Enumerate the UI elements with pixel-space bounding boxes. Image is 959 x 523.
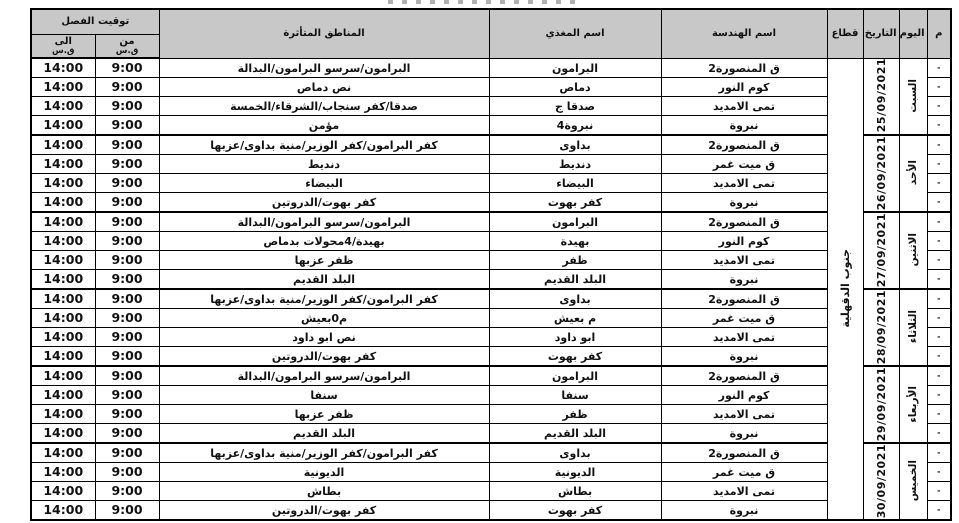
time-to-cell-text: 14:00 [43, 98, 83, 113]
areas-cell-text: نص ابو داود [292, 331, 356, 344]
date-cell: 28/09/2021 [863, 289, 899, 366]
time-from-cell: 9:00 [95, 386, 159, 405]
engineering-cell-text: ق المنصورة2 [708, 447, 780, 460]
engineering-cell: ق المنصورة2 [661, 58, 827, 78]
time-to-cell: 14:00 [31, 405, 95, 424]
time-from-cell-text: 9:00 [111, 252, 142, 267]
engineering-cell: ق المنصورة2 [661, 135, 827, 155]
time-from-cell-text: 9:00 [111, 329, 142, 344]
time-from-cell-text: 9:00 [111, 348, 142, 363]
header-date-label: التاريخ [865, 28, 897, 39]
date-cell: 26/09/2021 [863, 135, 899, 212]
table-row: -الثلاثاء28/09/2021ق المنصورة2بداوىكفر ا… [31, 289, 951, 309]
time-to-cell-text: 14:00 [43, 194, 83, 209]
areas-cell-text: مؤمن [309, 119, 339, 132]
areas-cell-text: كفر البرامون/كفر الوزير/منية بداوى/عزبها [210, 139, 438, 152]
time-to-cell: 14:00 [31, 501, 95, 521]
header-serial-label: م [935, 28, 942, 39]
serial-cell: - [927, 501, 951, 521]
serial-cell-text: - [937, 448, 940, 457]
table-row: -نبروةالبلد القديمالبلد القديم9:0014:00 [31, 270, 951, 290]
areas-cell-text: نص دماص [297, 81, 351, 94]
serial-cell-text: - [937, 313, 940, 322]
areas-cell: مؤمن [159, 116, 489, 136]
feeder-cell: م بعيش [489, 309, 661, 328]
time-to-cell-text: 14:00 [43, 310, 83, 325]
areas-cell: بطاش [159, 482, 489, 501]
engineering-cell-text: تمى الامديد [713, 485, 775, 498]
time-from-cell-text: 9:00 [111, 387, 142, 402]
time-to-cell: 14:00 [31, 463, 95, 482]
time-from-cell-text: 9:00 [111, 310, 142, 325]
time-to-cell-text: 14:00 [43, 79, 83, 94]
feeder-cell: نبروة4 [489, 116, 661, 136]
table-row: -نبروةكفر بهوتكفر بهوت/الدروتين9:0014:00 [31, 501, 951, 521]
areas-cell-text: كفر البرامون/كفر الوزير/منية بداوى/عزبها [210, 293, 438, 306]
feeder-cell: البلد القديم [489, 270, 661, 290]
areas-cell-text: بهيدة/4محولات بدماص [263, 235, 384, 248]
time-to-cell: 14:00 [31, 424, 95, 444]
time-from-cell: 9:00 [95, 482, 159, 501]
table-row: -ق ميت غمرالديونيةالديونية9:0014:00 [31, 463, 951, 482]
time-from-cell-text: 9:00 [111, 194, 142, 209]
day-cell-text: الأربعاء [908, 386, 919, 423]
areas-cell: ظفر عزبها [159, 405, 489, 424]
engineering-cell: نبروة [661, 424, 827, 444]
engineering-cell: ق ميت غمر [661, 309, 827, 328]
feeder-cell: سنفا [489, 386, 661, 405]
serial-cell: - [927, 482, 951, 501]
header-from-unit: ق.س [98, 47, 157, 56]
time-to-cell: 14:00 [31, 78, 95, 97]
date-cell-text: 25/09/2021 [876, 58, 887, 132]
table-row: -تمى الامديدصدقا جصدقا/كفر سنجاب/الشرقاء… [31, 97, 951, 116]
time-from-cell-text: 9:00 [111, 79, 142, 94]
day-cell-text: الأحد [908, 160, 919, 185]
feeder-cell: البلد القديم [489, 424, 661, 444]
engineering-cell-text: نبروة [730, 273, 759, 286]
engineering-cell: تمى الامديد [661, 251, 827, 270]
table-row: -تمى الامديدظفرظفر عزبها9:0014:00 [31, 251, 951, 270]
feeder-cell: بطاش [489, 482, 661, 501]
serial-cell: - [927, 443, 951, 463]
feeder-cell-text: كفر بهوت [548, 196, 602, 209]
areas-cell-text: ظفر عزبها [295, 254, 354, 267]
time-to-cell: 14:00 [31, 193, 95, 213]
time-to-cell: 14:00 [31, 97, 95, 116]
engineering-cell-text: نبروة [730, 119, 759, 132]
feeder-cell-text: نبروة4 [557, 119, 593, 132]
header-areas: المناطق المتأثرة [159, 9, 489, 58]
date-cell-text: 30/09/2021 [876, 444, 887, 518]
time-to-cell-text: 14:00 [43, 252, 83, 267]
date-cell: 29/09/2021 [863, 366, 899, 443]
engineering-cell: نبروة [661, 347, 827, 367]
areas-cell: دنديط [159, 155, 489, 174]
time-from-cell: 9:00 [95, 78, 159, 97]
time-from-cell-text: 9:00 [111, 483, 142, 498]
header-day: اليوم [899, 9, 927, 58]
engineering-cell: ق المنصورة2 [661, 443, 827, 463]
header-to: الى ق.س [31, 35, 95, 59]
serial-cell-text: - [937, 120, 940, 129]
table-row: -تمى الامديدابو داودنص ابو داود9:0014:00 [31, 328, 951, 347]
serial-cell-text: - [937, 63, 940, 72]
engineering-cell: ق المنصورة2 [661, 289, 827, 309]
engineering-cell-text: كوم النور [719, 389, 770, 402]
time-from-cell: 9:00 [95, 289, 159, 309]
time-from-cell: 9:00 [95, 501, 159, 521]
time-to-cell-text: 14:00 [43, 425, 83, 440]
time-to-cell-text: 14:00 [43, 329, 83, 344]
table-row: -السبت25/09/2021جنوب الدقهليةق المنصورة2… [31, 58, 951, 78]
areas-cell: صدقا/كفر سنجاب/الشرقاء/الخمسة [159, 97, 489, 116]
serial-cell-text: - [937, 140, 940, 149]
day-cell-text: الخميس [908, 460, 919, 501]
feeder-cell-text: ظفر [562, 408, 587, 421]
feeder-cell-text: بداوى [559, 447, 590, 460]
time-from-cell-text: 9:00 [111, 406, 142, 421]
day-cell: الخميس [899, 443, 927, 520]
serial-cell: - [927, 97, 951, 116]
feeder-cell: البرامون [489, 366, 661, 386]
feeder-cell-text: بطاش [558, 485, 592, 498]
feeder-cell: صدقا ج [489, 97, 661, 116]
areas-cell-text: كفر بهوت/الدروتين [272, 504, 376, 517]
time-from-cell: 9:00 [95, 405, 159, 424]
areas-cell-text: البرامون/سرسو البرامون/البدالة [238, 62, 411, 75]
time-from-cell: 9:00 [95, 193, 159, 213]
serial-cell: - [927, 174, 951, 193]
areas-cell: كفر بهوت/الدروتين [159, 347, 489, 367]
header-sector-label: قطاع [832, 28, 859, 39]
areas-cell-text: دنديط [308, 158, 340, 171]
feeder-cell-text: سنفا [561, 389, 588, 402]
day-cell: الثلاثاء [899, 289, 927, 366]
engineering-cell-text: ق المنصورة2 [708, 139, 780, 152]
time-from-cell: 9:00 [95, 443, 159, 463]
table-row: -ق ميت غمردنديطدنديط9:0014:00 [31, 155, 951, 174]
day-cell: الأحد [899, 135, 927, 212]
clipped-title-remnant [388, 0, 583, 4]
areas-cell-text: كفر بهوت/الدروتين [272, 350, 376, 363]
serial-cell-text: - [937, 101, 940, 110]
time-to-cell-text: 14:00 [43, 271, 83, 286]
engineering-cell-text: ق المنصورة2 [708, 370, 780, 383]
time-to-cell-text: 14:00 [43, 175, 83, 190]
time-to-cell-text: 14:00 [43, 483, 83, 498]
time-to-cell-text: 14:00 [43, 387, 83, 402]
engineering-cell: ق ميت غمر [661, 463, 827, 482]
table-row: -تمى الامديدالبيضاءالبيضاء9:0014:00 [31, 174, 951, 193]
serial-cell-text: - [937, 351, 940, 360]
serial-cell: - [927, 135, 951, 155]
time-from-cell: 9:00 [95, 232, 159, 251]
time-from-cell-text: 9:00 [111, 271, 142, 286]
sector-cell: جنوب الدقهلية [827, 58, 863, 520]
time-from-cell: 9:00 [95, 97, 159, 116]
engineering-cell: نبروة [661, 116, 827, 136]
areas-cell: ظفر عزبها [159, 251, 489, 270]
date-cell-text: 28/09/2021 [876, 290, 887, 364]
date-cell-text: 29/09/2021 [876, 367, 887, 441]
table-row: -الاثنين27/09/2021ق المنصورة2البرامونالب… [31, 212, 951, 232]
time-from-cell: 9:00 [95, 116, 159, 136]
feeder-cell: ابو داود [489, 328, 661, 347]
areas-cell-text: البيضاء [305, 177, 342, 190]
time-from-cell: 9:00 [95, 366, 159, 386]
table-row: -الأحد26/09/2021ق المنصورة2بداوىكفر البر… [31, 135, 951, 155]
serial-cell-text: - [937, 486, 940, 495]
header-areas-label: المناطق المتأثرة [283, 28, 364, 39]
feeder-cell-text: بهيدة [561, 235, 590, 248]
header-from: من ق.س [95, 35, 159, 59]
serial-cell-text: - [937, 255, 940, 264]
areas-cell: البرامون/سرسو البرامون/البدالة [159, 366, 489, 386]
feeder-cell-text: البرامون [552, 62, 598, 75]
time-to-cell: 14:00 [31, 251, 95, 270]
feeder-cell-text: البيضاء [556, 177, 593, 190]
areas-cell: م0بعيش [159, 309, 489, 328]
engineering-cell-text: تمى الامديد [713, 331, 775, 344]
engineering-cell: تمى الامديد [661, 482, 827, 501]
serial-cell: - [927, 328, 951, 347]
feeder-cell-text: البرامون [552, 216, 598, 229]
time-to-cell-text: 14:00 [43, 137, 83, 152]
time-to-cell: 14:00 [31, 309, 95, 328]
areas-cell: البرامون/سرسو البرامون/البدالة [159, 58, 489, 78]
areas-cell-text: كفر بهوت/الدروتين [272, 196, 376, 209]
engineering-cell-text: تمى الامديد [713, 408, 775, 421]
time-from-cell-text: 9:00 [111, 60, 142, 75]
areas-cell-text: كفر البرامون/كفر الوزير/منية بداوى/عزبها [210, 447, 438, 460]
feeder-cell: الديونية [489, 463, 661, 482]
areas-cell-text: الديونية [304, 466, 345, 479]
time-from-cell-text: 9:00 [111, 368, 142, 383]
header-timing-label: توقيت الفصل [61, 16, 129, 27]
feeder-cell: بداوى [489, 443, 661, 463]
areas-cell: البلد القديم [159, 424, 489, 444]
schedule-body: -السبت25/09/2021جنوب الدقهليةق المنصورة2… [31, 58, 951, 520]
time-to-cell: 14:00 [31, 270, 95, 290]
time-to-cell: 14:00 [31, 328, 95, 347]
engineering-cell: نبروة [661, 270, 827, 290]
time-from-cell-text: 9:00 [111, 425, 142, 440]
time-to-cell: 14:00 [31, 232, 95, 251]
feeder-cell: ظفر [489, 251, 661, 270]
areas-cell: نص ابو داود [159, 328, 489, 347]
engineering-cell-text: تمى الامديد [713, 100, 775, 113]
areas-cell-text: البلد القديم [293, 427, 355, 440]
time-from-cell: 9:00 [95, 463, 159, 482]
header-feeder-label: اسم المغذي [545, 28, 604, 39]
time-from-cell: 9:00 [95, 347, 159, 367]
header-to-unit: ق.س [34, 47, 93, 56]
date-cell: 27/09/2021 [863, 212, 899, 289]
time-from-cell-text: 9:00 [111, 156, 142, 171]
time-to-cell: 14:00 [31, 347, 95, 367]
time-from-cell: 9:00 [95, 135, 159, 155]
feeder-cell: البيضاء [489, 174, 661, 193]
time-from-cell: 9:00 [95, 251, 159, 270]
serial-cell: - [927, 386, 951, 405]
engineering-cell-text: ق ميت غمر [713, 312, 775, 325]
date-cell-text: 26/09/2021 [876, 136, 887, 210]
serial-cell: - [927, 251, 951, 270]
engineering-cell: نبروة [661, 193, 827, 213]
time-to-cell-text: 14:00 [43, 233, 83, 248]
time-from-cell-text: 9:00 [111, 117, 142, 132]
time-from-cell-text: 9:00 [111, 233, 142, 248]
engineering-cell-text: تمى الامديد [713, 177, 775, 190]
time-to-cell-text: 14:00 [43, 502, 83, 517]
serial-cell-text: - [937, 82, 940, 91]
serial-cell: - [927, 78, 951, 97]
serial-cell: - [927, 405, 951, 424]
engineering-cell-text: كوم النور [719, 235, 770, 248]
areas-cell: البيضاء [159, 174, 489, 193]
engineering-cell-text: ق المنصورة2 [708, 216, 780, 229]
table-row: -تمى الامديدظفرظفر عزبها9:0014:00 [31, 405, 951, 424]
table-row: -كوم النوربهيدةبهيدة/4محولات بدماص9:0014… [31, 232, 951, 251]
time-from-cell-text: 9:00 [111, 175, 142, 190]
engineering-cell: تمى الامديد [661, 174, 827, 193]
areas-cell-text: البلد القديم [293, 273, 355, 286]
date-cell: 25/09/2021 [863, 58, 899, 135]
time-to-cell: 14:00 [31, 116, 95, 136]
feeder-cell-text: بداوى [559, 139, 590, 152]
areas-cell-text: بطاش [307, 485, 341, 498]
header-timing: توقيت الفصل [31, 9, 159, 35]
time-from-cell-text: 9:00 [111, 291, 142, 306]
serial-cell: - [927, 289, 951, 309]
table-row: -كوم النوردماصنص دماص9:0014:00 [31, 78, 951, 97]
serial-cell-text: - [937, 159, 940, 168]
areas-cell-text: البرامون/سرسو البرامون/البدالة [238, 370, 411, 383]
engineering-cell-text: نبروة [730, 350, 759, 363]
serial-cell-text: - [937, 294, 940, 303]
time-to-cell: 14:00 [31, 366, 95, 386]
areas-cell: كفر البرامون/كفر الوزير/منية بداوى/عزبها [159, 289, 489, 309]
header-engineering: اسم الهندسة [661, 9, 827, 58]
areas-cell-text: م0بعيش [301, 312, 347, 325]
time-from-cell-text: 9:00 [111, 137, 142, 152]
engineering-cell: ق المنصورة2 [661, 212, 827, 232]
time-to-cell: 14:00 [31, 443, 95, 463]
day-cell: الأربعاء [899, 366, 927, 443]
areas-cell: الديونية [159, 463, 489, 482]
time-to-cell: 14:00 [31, 174, 95, 193]
feeder-cell-text: كفر بهوت [548, 504, 602, 517]
table-row: -الخميس30/09/2021ق المنصورة2بداوىكفر الب… [31, 443, 951, 463]
time-from-cell: 9:00 [95, 328, 159, 347]
feeder-cell: كفر بهوت [489, 193, 661, 213]
table-row: -الأربعاء29/09/2021ق المنصورة2البرامونال… [31, 366, 951, 386]
serial-cell-text: - [937, 467, 940, 476]
time-to-cell-text: 14:00 [43, 291, 83, 306]
time-to-cell: 14:00 [31, 58, 95, 78]
time-from-cell: 9:00 [95, 270, 159, 290]
serial-cell-text: - [937, 428, 940, 437]
time-from-cell-text: 9:00 [111, 464, 142, 479]
serial-cell-text: - [937, 409, 940, 418]
header-day-label: اليوم [900, 28, 925, 39]
date-cell: 30/09/2021 [863, 443, 899, 520]
areas-cell: نص دماص [159, 78, 489, 97]
feeder-cell-text: البرامون [552, 370, 598, 383]
feeder-cell: بداوى [489, 289, 661, 309]
outage-schedule-table: م اليوم التاريخ قطاع اسم الهندسة اسم الم… [30, 8, 952, 521]
time-to-cell: 14:00 [31, 482, 95, 501]
feeder-cell-text: البلد القديم [544, 427, 606, 440]
serial-cell: - [927, 270, 951, 290]
areas-cell-text: صدقا/كفر سنجاب/الشرقاء/الخمسة [230, 100, 418, 113]
serial-cell: - [927, 155, 951, 174]
header-sector: قطاع [827, 9, 863, 58]
time-to-cell-text: 14:00 [43, 117, 83, 132]
time-from-cell: 9:00 [95, 58, 159, 78]
time-from-cell: 9:00 [95, 424, 159, 444]
feeder-cell: بداوى [489, 135, 661, 155]
serial-cell: - [927, 347, 951, 367]
time-to-cell-text: 14:00 [43, 406, 83, 421]
serial-cell: - [927, 212, 951, 232]
serial-cell-text: - [937, 390, 940, 399]
engineering-cell-text: تمى الامديد [713, 254, 775, 267]
engineering-cell-text: ق ميت غمر [713, 466, 775, 479]
time-from-cell-text: 9:00 [111, 445, 142, 460]
day-cell: السبت [899, 58, 927, 135]
feeder-cell-text: صدقا ج [555, 100, 595, 113]
table-row: -نبروةنبروة4مؤمن9:0014:00 [31, 116, 951, 136]
engineering-cell: تمى الامديد [661, 97, 827, 116]
feeder-cell: كفر بهوت [489, 501, 661, 521]
areas-cell-text: ظفر عزبها [295, 408, 354, 421]
feeder-cell-text: بداوى [559, 293, 590, 306]
time-to-cell-text: 14:00 [43, 464, 83, 479]
areas-cell: كفر بهوت/الدروتين [159, 193, 489, 213]
serial-cell-text: - [937, 274, 940, 283]
areas-cell: بهيدة/4محولات بدماص [159, 232, 489, 251]
areas-cell: البرامون/سرسو البرامون/البدالة [159, 212, 489, 232]
feeder-cell-text: الديونية [555, 466, 596, 479]
areas-cell: كفر البرامون/كفر الوزير/منية بداوى/عزبها [159, 443, 489, 463]
engineering-cell-text: ق ميت غمر [713, 158, 775, 171]
time-from-cell-text: 9:00 [111, 98, 142, 113]
time-to-cell-text: 14:00 [43, 445, 83, 460]
feeder-cell: دماص [489, 78, 661, 97]
serial-cell-text: - [937, 236, 940, 245]
time-from-cell: 9:00 [95, 212, 159, 232]
feeder-cell-text: ابو داود [555, 331, 596, 344]
engineering-cell-text: كوم النور [719, 81, 770, 94]
serial-cell: - [927, 193, 951, 213]
engineering-cell: ق المنصورة2 [661, 366, 827, 386]
feeder-cell: كفر بهوت [489, 347, 661, 367]
sector-cell-text: جنوب الدقهلية [840, 249, 851, 328]
areas-cell-text: البرامون/سرسو البرامون/البدالة [238, 216, 411, 229]
engineering-cell-text: نبروة [730, 504, 759, 517]
time-to-cell: 14:00 [31, 212, 95, 232]
header-serial: م [927, 9, 951, 58]
areas-cell: كفر البرامون/كفر الوزير/منية بداوى/عزبها [159, 135, 489, 155]
engineering-cell-text: ق المنصورة2 [708, 62, 780, 75]
serial-cell-text: - [937, 178, 940, 187]
time-to-cell: 14:00 [31, 289, 95, 309]
table-row: -نبروةكفر بهوتكفر بهوت/الدروتين9:0014:00 [31, 193, 951, 213]
date-cell-text: 27/09/2021 [876, 213, 887, 287]
serial-cell: - [927, 463, 951, 482]
